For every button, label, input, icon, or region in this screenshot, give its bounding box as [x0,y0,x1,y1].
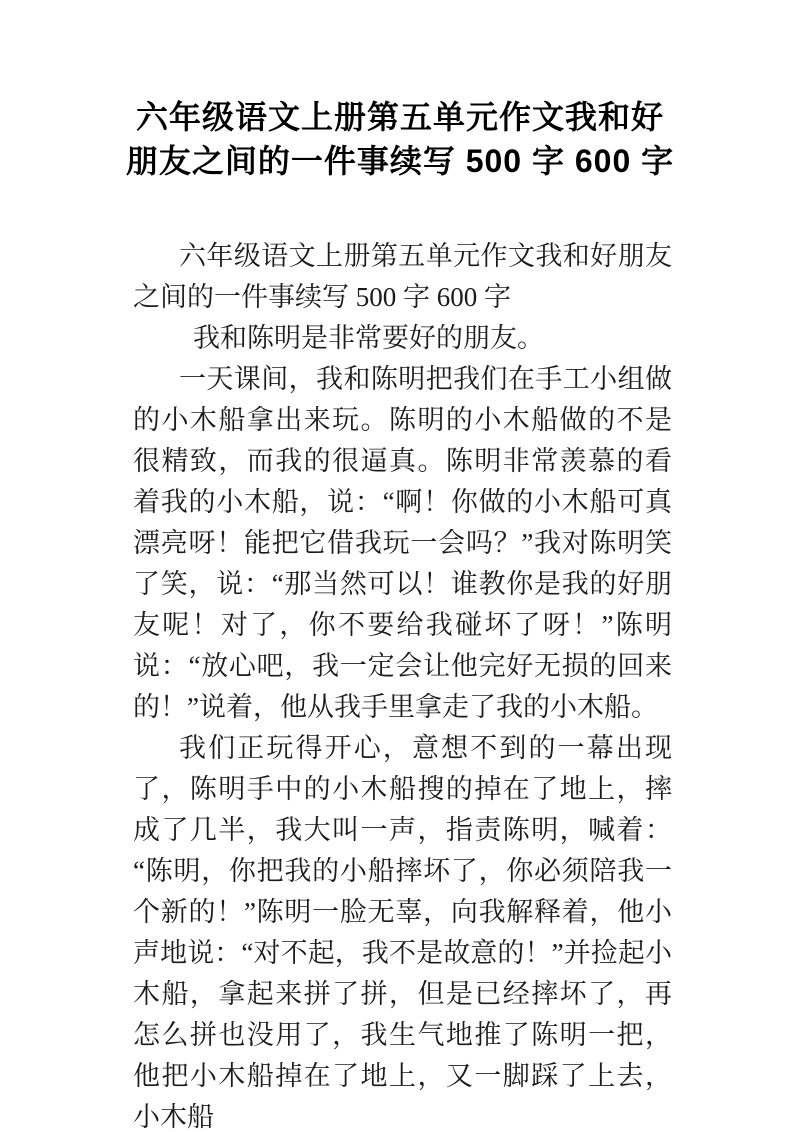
title-line-1: 六年级语文上册第五单元作文我和好 [0,95,800,139]
essay-body: 六年级语文上册第五单元作文我和好朋友之间的一件事续写 500 字 600 字 我… [133,236,672,1132]
title-line-2: 朋友之间的一件事续写 500 字 600 字 [0,139,800,183]
document-title: 六年级语文上册第五单元作文我和好 朋友之间的一件事续写 500 字 600 字 [0,0,800,183]
paragraph-title-repeat: 六年级语文上册第五单元作文我和好朋友之间的一件事续写 500 字 600 字 [133,236,672,318]
paragraph-story-2: 我们正玩得开心，意想不到的一幕出现了，陈明手中的小木船搜的掉在了地上，摔成了几半… [133,728,672,1132]
paragraph-intro: 我和陈明是非常要好的朋友。 [133,318,672,359]
paragraph-story-1: 一天课间，我和陈明把我们在手工小组做的小木船拿出来玩。陈明的小木船做的不是很精致… [133,359,672,728]
document-page: 六年级语文上册第五单元作文我和好 朋友之间的一件事续写 500 字 600 字 … [0,0,800,1132]
